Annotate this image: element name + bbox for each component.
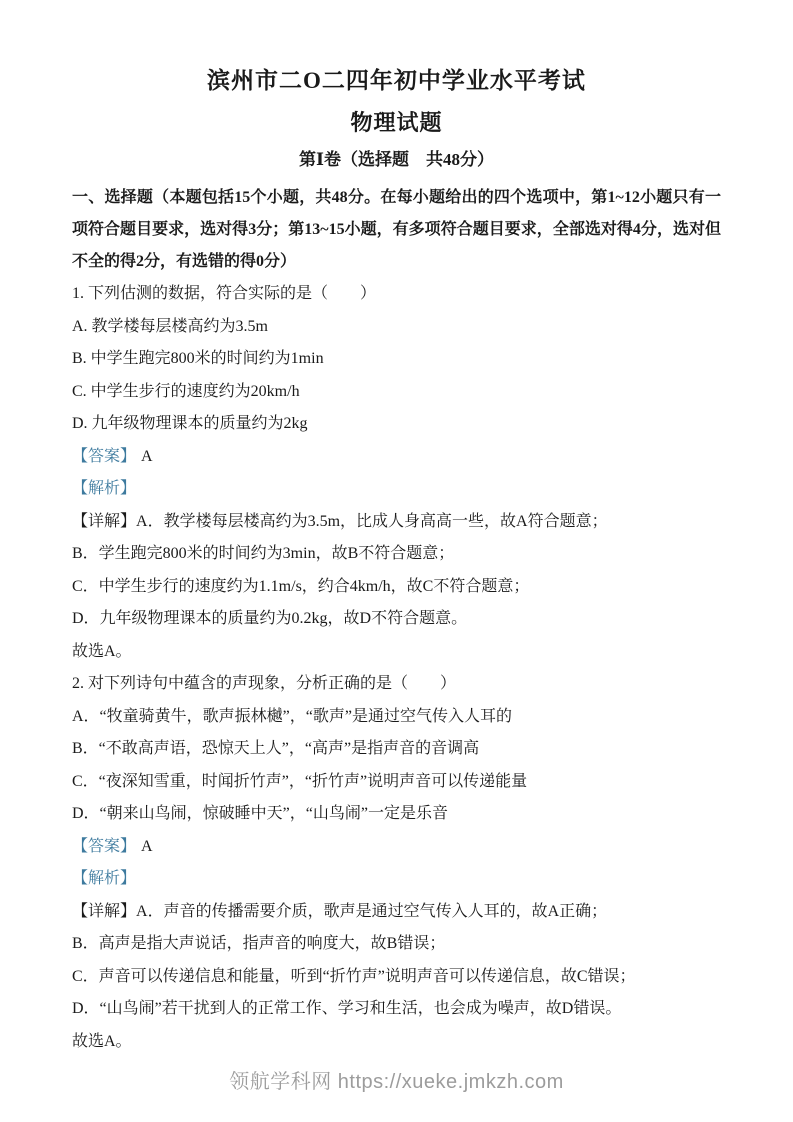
watermark-text: 领航学科网 https://xueke.jmkzh.com bbox=[0, 1070, 793, 1094]
answer-label: 【答案】 bbox=[72, 838, 136, 855]
detail-line-c: C．声音可以传递信息和能量，听到“折竹声”说明声音可以传递信息，故C错误； bbox=[72, 961, 721, 994]
analysis-label: 【解析】 bbox=[72, 870, 136, 887]
answer-value: A bbox=[141, 448, 153, 465]
detail-line-d: D．“山鸟闹”若干扰到人的正常工作、学习和生活，也会成为噪声，故D错误。 bbox=[72, 993, 721, 1026]
detail-line-d: D．九年级物理课本的质量约为0.2kg，故D不符合题意。 bbox=[72, 603, 721, 636]
option-b: B. 中学生跑完800米的时间约为1min bbox=[72, 343, 721, 376]
detail-text: A．声音的传播需要介质，歌声是通过空气传入人耳的，故A正确； bbox=[136, 903, 607, 920]
closing-line: 故选A。 bbox=[72, 636, 721, 669]
answer-label: 【答案】 bbox=[72, 448, 136, 465]
exam-title: 滨州市二O二四年初中学业水平考试 bbox=[72, 66, 721, 96]
detail-text: A．教学楼每层楼高约为3.5m，比成人身高高一些，故A符合题意； bbox=[136, 513, 608, 530]
document-page: 滨州市二O二四年初中学业水平考试 物理试题 第Ⅰ卷（选择题 共48分） 一、选择… bbox=[0, 0, 793, 1122]
option-d: D. 九年级物理课本的质量约为2kg bbox=[72, 408, 721, 441]
option-b: B．“不敢高声语，恐惊天上人”，“高声”是指声音的音调高 bbox=[72, 733, 721, 766]
option-d: D．“朝来山鸟闹，惊破睡中天”，“山鸟闹”一定是乐音 bbox=[72, 798, 721, 831]
option-a: A．“牧童骑黄牛，歌声振林樾”，“歌声”是通过空气传入人耳的 bbox=[72, 701, 721, 734]
detail-label: 【详解】 bbox=[72, 513, 136, 530]
option-c: C．“夜深知雪重，时闻折竹声”，“折竹声”说明声音可以传递能量 bbox=[72, 766, 721, 799]
answer-value: A bbox=[141, 838, 153, 855]
option-c: C. 中学生步行的速度约为20km/h bbox=[72, 376, 721, 409]
closing-line: 故选A。 bbox=[72, 1026, 721, 1059]
question-block-1: 1. 下列估测的数据，符合实际的是（ ） A. 教学楼每层楼高约为3.5m B.… bbox=[72, 278, 721, 668]
detail-line-b: B．高声是指大声说话，指声音的响度大，故B错误； bbox=[72, 928, 721, 961]
question-stem: 1. 下列估测的数据，符合实际的是（ ） bbox=[72, 278, 721, 311]
answer-line: 【答案】A bbox=[72, 831, 721, 864]
section-header: 第Ⅰ卷（选择题 共48分） bbox=[72, 148, 721, 172]
instructions-paragraph: 一、选择题（本题包括15个小题，共48分。在每小题给出的四个选项中，第1~12小… bbox=[72, 182, 721, 278]
answer-line: 【答案】A bbox=[72, 441, 721, 474]
analysis-line: 【解析】 bbox=[72, 473, 721, 506]
question-block-2: 2. 对下列诗句中蕴含的声现象，分析正确的是（ ） A．“牧童骑黄牛，歌声振林樾… bbox=[72, 668, 721, 1058]
option-a: A. 教学楼每层楼高约为3.5m bbox=[72, 311, 721, 344]
question-stem: 2. 对下列诗句中蕴含的声现象，分析正确的是（ ） bbox=[72, 668, 721, 701]
exam-subtitle: 物理试题 bbox=[72, 108, 721, 138]
detail-line-c: C．中学生步行的速度约为1.1m/s，约合4km/h，故C不符合题意； bbox=[72, 571, 721, 604]
detail-line-a: 【详解】A．声音的传播需要介质，歌声是通过空气传入人耳的，故A正确； bbox=[72, 896, 721, 929]
detail-line-b: B．学生跑完800米的时间约为3min，故B不符合题意； bbox=[72, 538, 721, 571]
detail-label: 【详解】 bbox=[72, 903, 136, 920]
analysis-label: 【解析】 bbox=[72, 480, 136, 497]
analysis-line: 【解析】 bbox=[72, 863, 721, 896]
detail-line-a: 【详解】A．教学楼每层楼高约为3.5m，比成人身高高一些，故A符合题意； bbox=[72, 506, 721, 539]
